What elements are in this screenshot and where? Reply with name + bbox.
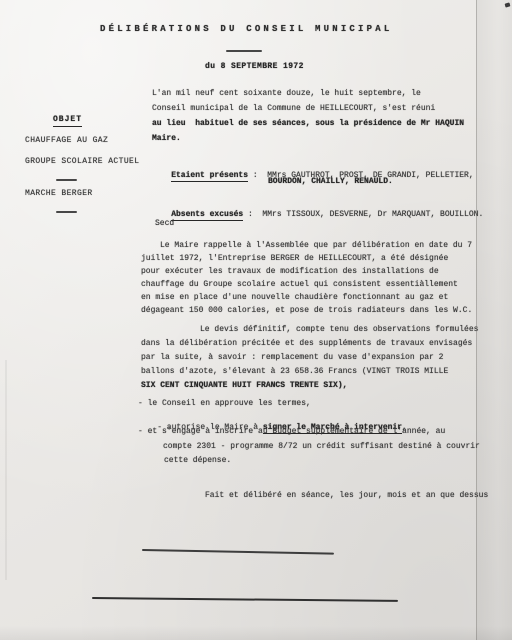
opening-line: Maire.: [152, 134, 181, 144]
closing-line: Fait et délibéré en séance, les jour, mo…: [205, 491, 488, 501]
recital-line: en mise en place d'une nouvelle chaudièr…: [141, 293, 448, 303]
resolution-item: - le Conseil en approuve les termes,: [138, 399, 311, 409]
secretary-note: Secd: [155, 219, 174, 229]
opening-line: au lieu habituel de ses séances, sous la…: [152, 119, 464, 129]
margin-subject-line-1: CHAUFFAGE AU GAZ: [25, 136, 108, 146]
bottom-rule: [92, 597, 398, 602]
absents-label: Absents excusés: [171, 210, 243, 221]
presents-colon: :: [248, 171, 267, 180]
recital-line: Le Maire rappelle à l'Assemblée que par …: [160, 241, 472, 251]
date-line: du 8 SEPTEMBRE 1972: [205, 62, 304, 72]
devis-line: dans la délibération précitée et des sup…: [141, 339, 472, 349]
opening-line: L'an mil neuf cent soixante douze, le hu…: [152, 89, 421, 99]
devis-line: SIX CENT CINQUANTE HUIT FRANCS TRENTE SI…: [141, 381, 347, 391]
margin-subject-line-3: MARCHE BERGER: [25, 189, 93, 199]
margin-objet-label: OBJET: [53, 115, 82, 127]
margin-subject-line-2: GROUPE SCOLAIRE ACTUEL: [25, 157, 139, 167]
devis-line: ballons d'azote, s'élevant à 23 658.36 F…: [141, 367, 448, 377]
absents-names: MMrs TISSOUX, DESVERNE, Dr MARQUANT, BOU…: [262, 210, 483, 219]
recital-line: dégageant 150 000 calories, et pose de t…: [141, 306, 472, 316]
presents-label: Etaient présents: [171, 171, 248, 182]
margin-rule-1: [56, 179, 77, 181]
recital-line: pour exécuter les travaux de modificatio…: [141, 267, 439, 277]
devis-indent-line: Le devis définitif, compte tenu des obse…: [200, 325, 478, 335]
page-bottom-shade: [0, 626, 512, 640]
margin-rule-2: [56, 211, 77, 213]
scanned-document-page: DÉLIBÉRATIONS DU CONSEIL MUNICIPAL du 8 …: [0, 0, 512, 640]
document-title: DÉLIBÉRATIONS DU CONSEIL MUNICIPAL: [100, 24, 392, 34]
page-right-shade: [477, 0, 512, 640]
title-rule: [226, 50, 262, 52]
recital-line: chauffage du Groupe scolaire actuel qui …: [141, 280, 458, 290]
mid-rule: [142, 549, 334, 555]
presents-names-2: BOURDON, CHAILLY, RENAULD.: [268, 177, 393, 187]
devis-line: par la suite, à savoir : remplacement du…: [141, 353, 443, 363]
resolution-continuation: compte 2301 - programme 8/72 un crédit s…: [163, 442, 480, 452]
absents-line: Absents excusés : MMrs TISSOUX, DESVERNE…: [152, 200, 483, 230]
resolution-continuation: cette dépense.: [164, 456, 231, 466]
page-left-crease: [5, 360, 7, 580]
absents-colon: :: [243, 210, 262, 219]
opening-line: Conseil municipal de la Commune de HEILL…: [152, 104, 435, 114]
recital-line: juillet 1972, l'Entreprise BERGER de HEI…: [141, 254, 448, 264]
resolution-item: - et s'engage à inscrire au Budget suppl…: [138, 427, 445, 437]
